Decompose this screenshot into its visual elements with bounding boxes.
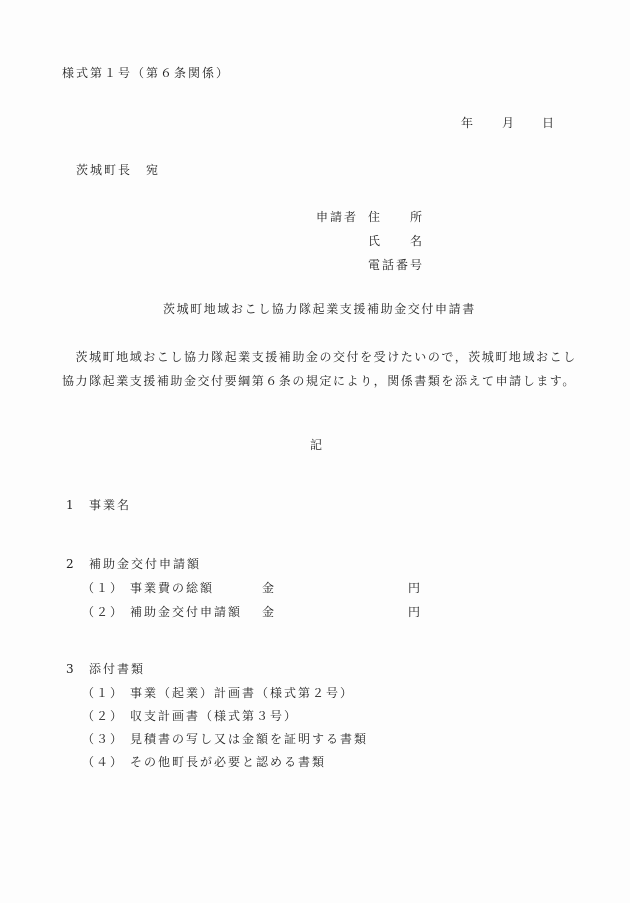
attachment-2-number: （２） xyxy=(82,709,124,723)
section-2-number: 2 xyxy=(66,557,76,571)
body-line-1: 茨城町地域おこし協力隊起業支援補助金の交付を受けたいので，茨城町地域おこし xyxy=(62,350,577,364)
section-2-title: 補助金交付申請額 xyxy=(89,557,201,571)
amount-item-1-number: （１） xyxy=(82,581,124,595)
attachment-1-label: 事業（起業）計画書（様式第２号） xyxy=(130,686,354,700)
applicant-label: 申請者 xyxy=(316,210,358,224)
document-title: 茨城町地域おこし協力隊起業支援補助金交付申請書 xyxy=(163,302,476,316)
section-3-title: 添付書類 xyxy=(89,662,145,676)
amount-item-1-prefix: 金 xyxy=(262,581,276,595)
attachment-4-label: その他町長が必要と認める書類 xyxy=(130,755,326,769)
section-3-number: 3 xyxy=(66,662,76,676)
attachment-2-label: 収支計画書（様式第３号） xyxy=(130,709,298,723)
amount-item-2-number: （２） xyxy=(82,605,124,619)
amount-item-2-label: 補助金交付申請額 xyxy=(130,605,242,619)
ki-label: 記 xyxy=(310,438,324,452)
amount-item-2-suffix: 円 xyxy=(408,605,422,619)
body-line-2: 協力隊起業支援補助金交付要綱第６条の規定により，関係書類を添えて申請します。 xyxy=(62,374,576,388)
section-1-title: 事業名 xyxy=(89,498,131,512)
attachment-1-number: （１） xyxy=(82,686,124,700)
attachment-4-number: （４） xyxy=(82,755,124,769)
date-day-label: 日 xyxy=(542,116,556,130)
address-label: 住 所 xyxy=(368,210,424,224)
attachment-3-number: （３） xyxy=(82,732,124,746)
date-year-label: 年 xyxy=(461,116,475,130)
name-label: 氏 名 xyxy=(368,234,424,248)
phone-label: 電話番号 xyxy=(368,258,424,272)
date-month-label: 月 xyxy=(502,116,516,130)
amount-item-1-label: 事業費の総額 xyxy=(130,581,214,595)
attachment-3-label: 見積書の写し又は金額を証明する書類 xyxy=(130,732,368,746)
form-number: 様式第１号（第６条関係） xyxy=(62,66,230,80)
amount-item-1-suffix: 円 xyxy=(408,581,422,595)
section-1-number: 1 xyxy=(66,498,76,512)
addressee: 茨城町長 宛 xyxy=(76,163,160,177)
amount-item-2-prefix: 金 xyxy=(262,605,276,619)
